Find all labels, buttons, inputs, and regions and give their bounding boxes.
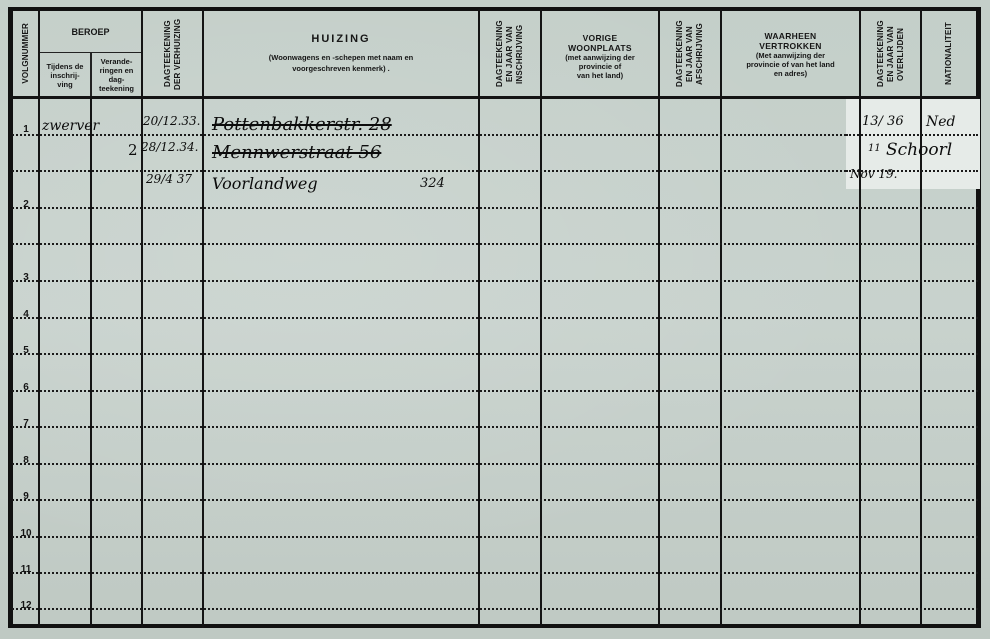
header-beroep: BEROEP xyxy=(40,14,141,50)
row-number-12: 12 xyxy=(14,600,38,611)
row-line xyxy=(12,536,978,538)
header-dagteekening-afschrijving: DAGTEEKENING EN JAAR VAN AFSCHRIJVING xyxy=(660,11,720,96)
entry-overlijden-1: 13/ 36 xyxy=(862,114,904,129)
header-dagteekening-overlijden: DAGTEEKENING EN JAAR VAN OVERLIJDEN xyxy=(861,11,920,96)
header-volgnummer: VOLGNUMMER xyxy=(13,11,38,96)
entry-address-3: Voorlandweg xyxy=(212,174,318,193)
header-vorige-sub1: (met aanwijzing der xyxy=(565,53,635,62)
entry-overlijden-2: 11 xyxy=(868,143,881,154)
header-waarheen-vertrokken: WAARHEEN VERTROKKEN (Met aanwijzing der … xyxy=(722,24,859,84)
header-waarheen-sub1: (Met aanwijzing der xyxy=(756,51,825,60)
entry-overlijden-3: Nov 19. xyxy=(850,167,897,181)
entry-beroep-mark: 2 xyxy=(128,141,138,159)
header-vorige-sub3: van het land) xyxy=(577,71,623,80)
header-huizing-subtitle-1: (Woonwagens en -schepen met naam en xyxy=(269,53,413,62)
row-number-8: 8 xyxy=(14,455,38,466)
row-number-10: 10 xyxy=(14,528,38,539)
header-huizing-title: HUIZING xyxy=(311,33,370,45)
header-dagteekening-inschrijving-label: DAGTEEKENING EN JAAR VAN INSCHRIJVING xyxy=(495,14,525,94)
row-number-11: 11 xyxy=(14,564,38,575)
row-number-9: 9 xyxy=(14,491,38,502)
row-number-3: 3 xyxy=(14,272,38,283)
header-dagteekening-inschrijving: DAGTEEKENING EN JAAR VAN INSCHRIJVING xyxy=(480,11,540,96)
entry-nationaliteit-1: Ned xyxy=(926,114,956,130)
header-vorige-sub2: provincie of xyxy=(579,62,622,71)
header-dagteekening-afschrijving-label: DAGTEEKENING EN JAAR VAN AFSCHRIJVING xyxy=(675,14,705,94)
header-waarheen-sub3: en adres) xyxy=(774,69,807,78)
header-divider xyxy=(10,96,978,99)
row-number-2: 2 xyxy=(14,199,38,210)
entry-address-2: Mennwerstraat 56 xyxy=(212,142,381,163)
entry-date-2: 28/12.34. xyxy=(141,140,198,154)
row-line xyxy=(12,280,978,282)
row-number-1: 1 xyxy=(14,124,38,135)
entry-date-1: 20/12.33. xyxy=(143,114,200,128)
header-waarheen-line2: VERTROKKEN xyxy=(759,41,822,51)
row-line xyxy=(12,499,978,501)
header-beroep-tijdens: Tijdens de inschrij-ving xyxy=(40,54,90,96)
entry-beroep: zwerver xyxy=(42,118,99,134)
header-vorige-woonplaats: VORIGE WOONPLAATS (met aanwijzing der pr… xyxy=(542,26,658,86)
row-number-5: 5 xyxy=(14,345,38,356)
row-line xyxy=(12,572,978,574)
row-line xyxy=(12,426,978,428)
header-vorige-line2: WOONPLAATS xyxy=(568,43,632,53)
entry-address-1: Pottenbakkerstr. 28 xyxy=(212,114,392,135)
entry-nationaliteit-2: Schoorl xyxy=(886,140,952,160)
register-card: VOLGNUMMER BEROEP Tijdens de inschrij-vi… xyxy=(0,0,990,639)
header-nationaliteit-label: NATIONALITEIT xyxy=(944,22,954,85)
row-line xyxy=(12,317,978,319)
header-nationaliteit: NATIONALITEIT xyxy=(922,11,976,96)
entry-address-3-number: 324 xyxy=(420,176,445,191)
header-volgnummer-label: VOLGNUMMER xyxy=(21,23,31,84)
header-dagteekening-verhuizing-label: DAGTEEKENING DER VERHUIZING xyxy=(163,16,183,92)
row-line xyxy=(12,463,978,465)
header-dagteekening-verhuizing: DAGTEEKENING DER VERHUIZING xyxy=(143,11,202,96)
header-beroep-sub1: Tijdens de inschrij-ving xyxy=(45,62,85,89)
row-line xyxy=(12,243,978,245)
header-waarheen-sub2: provincie of van het land xyxy=(746,60,834,69)
row-number-7: 7 xyxy=(14,418,38,429)
row-line xyxy=(12,390,978,392)
row-number-4: 4 xyxy=(14,309,38,320)
row-line xyxy=(12,134,978,136)
row-line xyxy=(12,608,978,610)
entry-date-3: 29/4 37 xyxy=(146,172,192,186)
header-vorige-line1: VORIGE xyxy=(583,33,618,43)
header-waarheen-line1: WAARHEEN xyxy=(765,31,817,41)
header-huizing-sub1: (Woonwagens en -schepen met naam en xyxy=(204,52,478,63)
row-line-overlay xyxy=(846,134,978,136)
col-divider-2 xyxy=(90,99,92,628)
header-dagteekening-overlijden-label: DAGTEEKENING EN JAAR VAN OVERLIJDEN xyxy=(876,14,906,94)
header-beroep-sub2: Verande-ringen en dag-teekening xyxy=(95,57,139,93)
row-number-6: 6 xyxy=(14,382,38,393)
header-huizing-subtitle-2: voorgeschreven kenmerk) . xyxy=(292,64,390,73)
header-huizing: HUIZING xyxy=(204,28,478,50)
header-beroep-title: BEROEP xyxy=(71,27,109,37)
row-line xyxy=(12,353,978,355)
header-huizing-sub2: voorgeschreven kenmerk) . xyxy=(204,63,478,74)
row-line xyxy=(12,207,978,209)
header-beroep-veranderingen: Verande-ringen en dag-teekening xyxy=(92,54,141,96)
